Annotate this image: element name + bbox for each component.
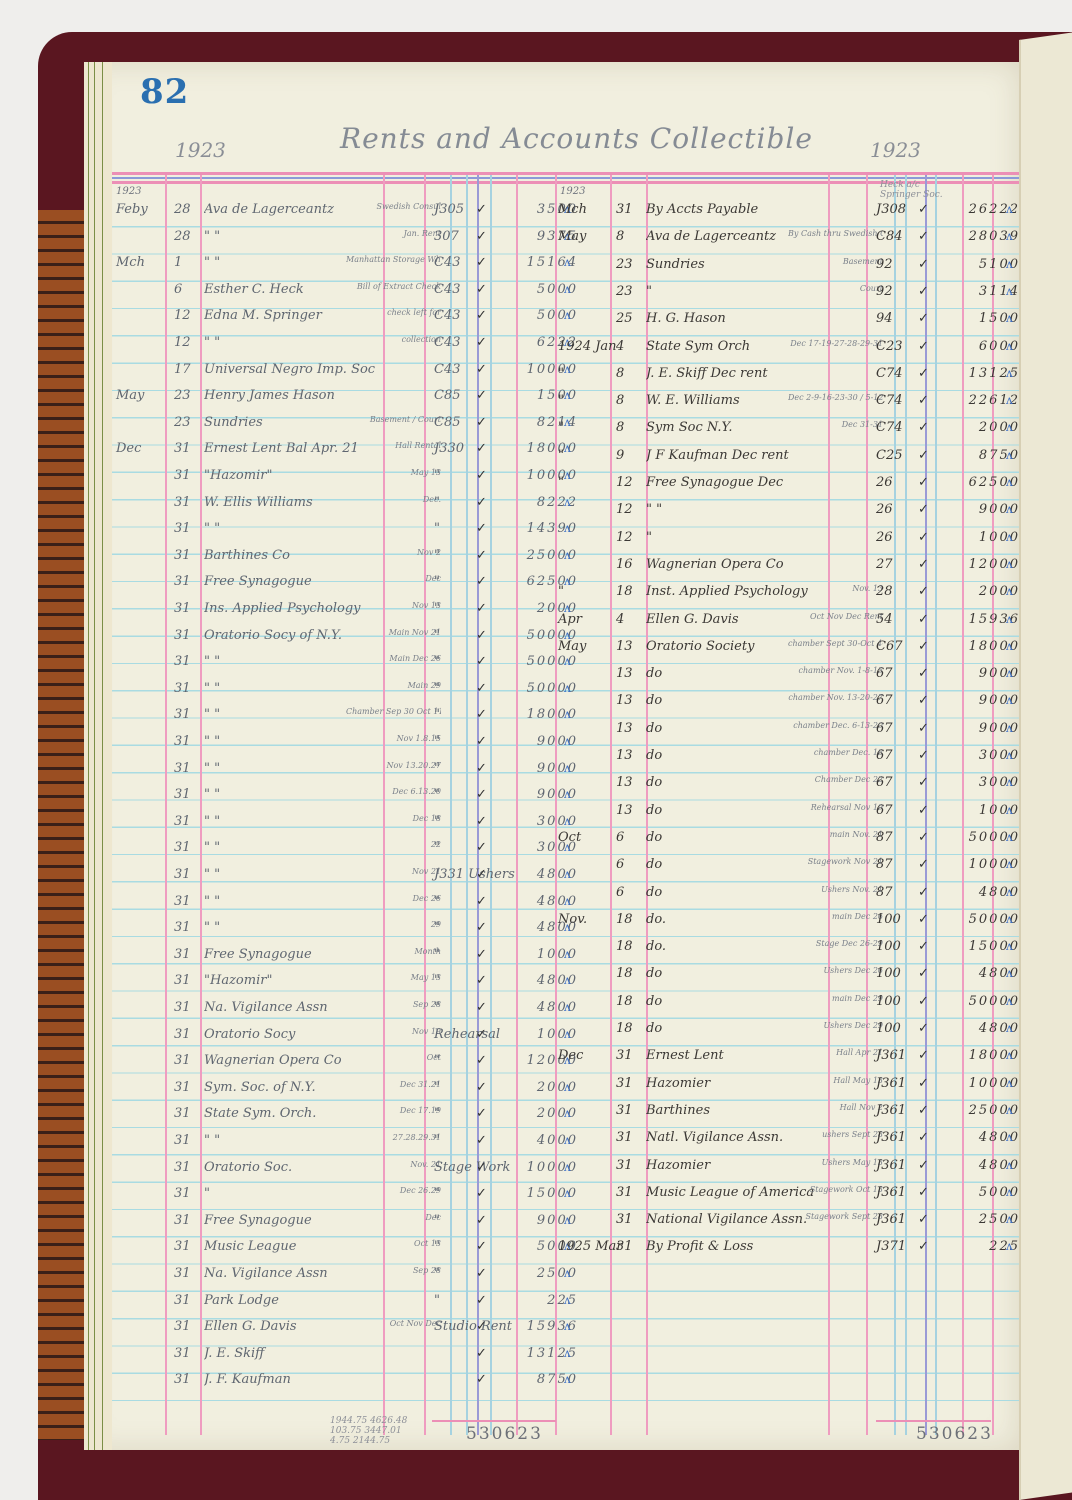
entry-day: 8 (616, 393, 646, 408)
entry-description: Wagnerian Opera Co (646, 557, 876, 572)
entry-month: 1925 Mar (558, 1239, 610, 1254)
check-mark-icon: ✓ (476, 973, 490, 988)
entry-note: Dec 26 (346, 894, 441, 903)
entry-folio-ref: 27 (876, 557, 916, 572)
check-mark-icon: ✓ (476, 654, 490, 669)
check-mark-icon: ✓ (918, 994, 932, 1009)
check-mark-icon: ✓ (918, 912, 932, 927)
entry-note: chamber Sept 30-Oct 4-11-18-25 (788, 639, 883, 648)
entry-day: 31 (174, 867, 204, 882)
check-mark-icon: ✓ (918, 393, 932, 408)
posting-tick-icon: ʌ (564, 1266, 571, 1280)
entry-folio-ref: " (434, 1213, 474, 1228)
check-mark-icon: ✓ (918, 1185, 932, 1200)
check-mark-icon: ✓ (918, 1130, 932, 1145)
pencil-calc-1: 1944.75 4626.48 (330, 1416, 407, 1426)
entry-description: " (646, 530, 876, 545)
ledger-entry: 31J. F. Kaufman8750✓ʌ (116, 1372, 556, 1398)
ledger-entry: 31"Hazomir"May 13"10000✓ʌ (116, 468, 556, 494)
posting-tick-icon: ʌ (1006, 1158, 1013, 1172)
entry-folio-ref: J361 (876, 1130, 916, 1145)
posting-tick-icon: ʌ (1006, 1130, 1013, 1144)
check-mark-icon: ✓ (476, 947, 490, 962)
entry-day: 31 (174, 441, 204, 456)
check-mark-icon: ✓ (476, 1133, 490, 1148)
entry-note: 29 (346, 920, 441, 929)
posting-tick-icon: ʌ (1006, 666, 1013, 680)
ledger-entry: 31"Dec 26.29"15000✓ʌ (116, 1186, 556, 1212)
entry-day: 13 (616, 693, 646, 708)
entry-day: 12 (616, 530, 646, 545)
year-marker-right: 1923 (560, 186, 585, 197)
ledger-entry: 31" "Chamber Sep 30 Oct 11"18000✓ʌ (116, 707, 556, 733)
entry-folio-ref: " (434, 681, 474, 696)
posting-tick-icon: ʌ (1006, 530, 1013, 544)
ledger-entry: 13doChamber Dec 22673000✓ʌ (558, 775, 998, 801)
ledger-entry: 31" "27.28.29.31"4000✓ʌ (116, 1133, 556, 1159)
check-mark-icon: ✓ (476, 1346, 490, 1361)
debit-total: 530623 (466, 1424, 543, 1444)
entry-month: Nov. (558, 912, 610, 927)
check-mark-icon: ✓ (918, 939, 932, 954)
entry-folio-ref: " (434, 1000, 474, 1015)
entry-folio-ref: 87 (876, 830, 916, 845)
check-mark-icon: ✓ (918, 1158, 932, 1173)
ledger-entry: 12"261000✓ʌ (558, 530, 998, 556)
posting-tick-icon: ʌ (1006, 339, 1013, 353)
ledger-entry: Mch31By Accts PayableJ30826222✓ʌ (558, 202, 998, 228)
entry-folio-ref: C85 (434, 415, 474, 430)
check-mark-icon: ✓ (918, 229, 932, 244)
entry-folio-ref: 67 (876, 748, 916, 763)
check-mark-icon: ✓ (918, 339, 932, 354)
entry-note: Main Nov 21 (346, 628, 441, 637)
check-mark-icon: ✓ (476, 229, 490, 244)
entry-note: Rehearsal Nov 19 (788, 803, 883, 812)
ledger-entry: "9J F Kaufman Dec rentC258750✓ʌ (558, 448, 998, 474)
entry-note: Oct Nov Dec Rent (788, 612, 883, 621)
entry-folio-ref: " (434, 1133, 474, 1148)
ledger-entry: 31Oratorio Socy of N.Y.Main Nov 21"50000… (116, 628, 556, 654)
check-mark-icon: ✓ (918, 666, 932, 681)
entry-day: 31 (174, 947, 204, 962)
posting-tick-icon: ʌ (1006, 857, 1013, 871)
entry-day: 8 (616, 229, 646, 244)
posting-tick-icon: ʌ (1006, 1185, 1013, 1199)
check-mark-icon: ✓ (918, 284, 932, 299)
entry-note: Hall Apr 21 (788, 1048, 883, 1057)
pencil-calc-3: 4.75 2144.75 (330, 1436, 390, 1446)
posting-tick-icon: ʌ (1006, 229, 1013, 243)
entry-folio-ref: " (434, 601, 474, 616)
ledger-entry: 31Free SynagogueDec"9000✓ʌ (116, 1213, 556, 1239)
posting-tick-icon: ʌ (1006, 1103, 1013, 1117)
entry-note: Nov. 21 (346, 1160, 441, 1169)
entry-folio-ref: 92 (876, 257, 916, 272)
entry-day: 31 (174, 1239, 204, 1254)
entry-note: chamber Nov. 1-8-15 (788, 666, 883, 675)
entry-day: 31 (616, 1130, 646, 1145)
ledger-entry: May13Oratorio Societychamber Sept 30-Oct… (558, 639, 998, 665)
ledger-entry: 31HazomierUshers May 13J3614800✓ʌ (558, 1158, 998, 1184)
entry-day: 31 (174, 1133, 204, 1148)
entry-description: " " (646, 502, 876, 517)
entry-folio-ref: C43 (434, 255, 474, 270)
entry-month: 1924 Jan (558, 339, 610, 354)
ledger-entry: 31" "Dec 6.13.20"9000✓ʌ (116, 787, 556, 813)
entry-description: J. E. Skiff Dec rent (646, 366, 876, 381)
ledger-entry: 13doRehearsal Nov 19671000✓ʌ (558, 803, 998, 829)
entry-note: Dec 31.21 (346, 1080, 441, 1089)
entry-folio-ref: 100 (876, 966, 916, 981)
entry-folio-ref: " (434, 1266, 474, 1281)
entry-folio-ref: " (434, 707, 474, 722)
entry-day: 6 (616, 857, 646, 872)
entry-folio-ref: J305 (434, 202, 474, 217)
ledger-entry: 12Edna M. Springercheck left forC435000✓… (116, 308, 556, 334)
ledger-entry: 31Barthines CoNov 2"25000✓ʌ (116, 548, 556, 574)
entry-note: Dec 26.29 (346, 1186, 441, 1195)
header-rule (112, 172, 1019, 175)
entry-day: 1 (174, 255, 204, 270)
entry-day: 31 (174, 920, 204, 935)
check-mark-icon: ✓ (918, 1021, 932, 1036)
ledger-entry: 23SundriesBasement925100✓ʌ (558, 257, 998, 283)
entry-day: 31 (174, 1266, 204, 1281)
entry-note: Bill of Extract Check (346, 282, 441, 291)
entry-day: 31 (174, 1053, 204, 1068)
entry-note: Dec 17-19-27-28-29-31 (788, 339, 883, 348)
entry-folio-ref: C43 (434, 282, 474, 297)
entry-day: 31 (616, 1076, 646, 1091)
entry-folio-ref: " (434, 787, 474, 802)
ledger-entry: "12Free Synagogue Dec2662500✓ʌ (558, 475, 998, 501)
entry-day: 6 (174, 282, 204, 297)
entry-folio-ref: C74 (876, 420, 916, 435)
book-spine-edge (38, 210, 88, 1470)
entry-day: 12 (174, 335, 204, 350)
posting-tick-icon: ʌ (1006, 311, 1013, 325)
ledger-entry: Dec31Ernest LentHall Apr 21J36118000✓ʌ (558, 1048, 998, 1074)
entry-note: chamber Dec. 6-13-20 (788, 721, 883, 730)
ledger-entry: 31" "29"4800✓ʌ (116, 920, 556, 946)
entry-folio-ref: " (434, 574, 474, 589)
posting-tick-icon: ʌ (1006, 748, 1013, 762)
entry-note: Stagework Sept 28 (788, 1212, 883, 1221)
entry-folio-ref: C23 (876, 339, 916, 354)
ledger-entry: 31" "Dec 18"3000✓ʌ (116, 814, 556, 840)
ledger-entry: Nov.18do.main Dec 2610050000✓ʌ (558, 912, 998, 938)
entry-day: 31 (616, 1185, 646, 1200)
entry-day: 31 (616, 202, 646, 217)
entry-note: chamber Dec. 18 (788, 748, 883, 757)
posting-tick-icon: ʌ (1006, 885, 1013, 899)
header-year-right: 1923 (870, 138, 921, 162)
check-mark-icon: ✓ (918, 639, 932, 654)
entry-day: 31 (174, 787, 204, 802)
entry-month: May (558, 639, 610, 654)
entry-note: Ushers Dec 29 (788, 1021, 883, 1030)
check-mark-icon: ✓ (476, 495, 490, 510)
posting-tick-icon: ʌ (1006, 1021, 1013, 1035)
year-marker-left: 1923 (116, 186, 141, 197)
entry-note: Basement / Court (346, 415, 441, 424)
check-mark-icon: ✓ (918, 966, 932, 981)
entry-note: Chamber Sep 30 Oct 11 (346, 707, 441, 716)
ledger-entry: 31Wagnerian Opera CoOct"12000✓ʌ (116, 1053, 556, 1079)
entry-month: May (116, 388, 168, 403)
entry-folio-ref: " (434, 1239, 474, 1254)
check-mark-icon: ✓ (476, 814, 490, 829)
entry-folio-ref: " (434, 1293, 474, 1308)
check-mark-icon: ✓ (918, 885, 932, 900)
posting-tick-icon: ʌ (1006, 612, 1013, 626)
entry-note: main Nov. 21 (788, 830, 883, 839)
ledger-entry: 13dochamber Dec. 18673000✓ʌ (558, 748, 998, 774)
entry-day: 18 (616, 966, 646, 981)
entry-day: 31 (174, 1160, 204, 1175)
entry-folio-ref: 87 (876, 857, 916, 872)
check-mark-icon: ✓ (918, 530, 932, 545)
total-rule-left (432, 1420, 556, 1422)
check-mark-icon: ✓ (476, 1213, 490, 1228)
entry-day: 18 (616, 994, 646, 1009)
posting-tick-icon: ʌ (1006, 721, 1013, 735)
entry-folio-ref: C43 (434, 308, 474, 323)
posting-tick-icon: ʌ (564, 1372, 571, 1386)
right-header-note: Heck a/c Springer Soc. (880, 180, 960, 200)
posting-tick-icon: ʌ (1006, 1076, 1013, 1090)
entry-folio-ref: 307 (434, 229, 474, 244)
check-mark-icon: ✓ (918, 202, 932, 217)
ledger-entry: 31" "Dec 26"4800✓ʌ (116, 894, 556, 920)
check-mark-icon: ✓ (918, 1048, 932, 1063)
entry-note: Ushers Nov. 21 (788, 885, 883, 894)
check-mark-icon: ✓ (476, 202, 490, 217)
entry-day: 31 (174, 707, 204, 722)
entry-description: J. E. Skiff (204, 1346, 434, 1361)
entry-day: 31 (616, 1212, 646, 1227)
ledger-entry: 31W. Ellis WilliamsDec."8222✓ʌ (116, 495, 556, 521)
ledger-entry: "8Sym Soc N.Y.Dec 31-31C742000✓ʌ (558, 420, 998, 446)
ledger-entry: 1924 Jan4State Sym OrchDec 17-19-27-28-2… (558, 339, 998, 365)
entry-day: 31 (174, 1080, 204, 1095)
ledger-entry: 28" "Jan. Rent3079375✓ʌ (116, 229, 556, 255)
ledger-entry: 31Na. Vigilance AssnSep 28"2500✓ʌ (116, 1266, 556, 1292)
ledger-entry: Feby28Ava de LagerceantzSwedish ConsulJ3… (116, 202, 556, 228)
entry-day: 31 (174, 894, 204, 909)
posting-tick-icon: ʌ (1006, 1212, 1013, 1226)
entry-day: 31 (616, 1158, 646, 1173)
entry-note: collection (346, 335, 441, 344)
page-number: 82 (140, 72, 189, 112)
check-mark-icon: ✓ (476, 681, 490, 696)
ledger-entry: 31Ins. Applied PsychologyNov 13"2000✓ʌ (116, 601, 556, 627)
ledger-entry: 6Esther C. HeckBill of Extract CheckC435… (116, 282, 556, 308)
check-mark-icon: ✓ (918, 721, 932, 736)
total-rule-right (876, 1420, 991, 1422)
entry-day: 16 (616, 557, 646, 572)
check-mark-icon: ✓ (476, 1106, 490, 1121)
entry-folio-ref: C74 (876, 393, 916, 408)
ledger-entry: 31J. E. Skiff13125✓ʌ (116, 1346, 556, 1372)
ledger-entry: 31HazomierHall May 13J36110000✓ʌ (558, 1076, 998, 1102)
entry-folio-ref: 100 (876, 912, 916, 927)
ledger-entry: Apr4Ellen G. DavisOct Nov Dec Rent541593… (558, 612, 998, 638)
entry-day: 31 (174, 548, 204, 563)
entry-folio-ref: J361 (876, 1048, 916, 1063)
entry-month: Mch (558, 202, 610, 217)
entry-note: Dec (346, 1213, 441, 1222)
posting-tick-icon: ʌ (1006, 912, 1013, 926)
entry-note: Dec. (346, 495, 441, 504)
ledger-entry: "18Inst. Applied PsychologyNov. 13282000… (558, 584, 998, 610)
entry-day: 31 (174, 1213, 204, 1228)
check-mark-icon: ✓ (476, 1266, 490, 1281)
check-mark-icon: ✓ (918, 857, 932, 872)
check-mark-icon: ✓ (918, 612, 932, 627)
entry-month: " (558, 448, 610, 463)
posting-tick-icon: ʌ (564, 1293, 571, 1307)
ledger-entry: 31" "Main Dec 26"50000✓ʌ (116, 654, 556, 680)
entry-note: Court (788, 284, 883, 293)
ledger-entry: 31" "Nov 1.8.15"9000✓ʌ (116, 734, 556, 760)
ledger-entry: 31Free SynagogueMonth"1000✓ʌ (116, 947, 556, 973)
entry-day: 25 (616, 311, 646, 326)
entry-day: 31 (174, 973, 204, 988)
posting-tick-icon: ʌ (1006, 366, 1013, 380)
entry-day: 31 (174, 521, 204, 536)
posting-tick-icon: ʌ (1006, 502, 1013, 516)
check-mark-icon: ✓ (476, 920, 490, 935)
ledger-entry: 18domain Dec 2910050000✓ʌ (558, 994, 998, 1020)
entry-note: Nov 2 (346, 548, 441, 557)
entry-folio-ref: " (434, 548, 474, 563)
entry-description: J F Kaufman Dec rent (646, 448, 876, 463)
entry-note: Swedish Consul (346, 202, 441, 211)
posting-tick-icon: ʌ (1006, 994, 1013, 1008)
entry-note: 27.28.29.31 (346, 1133, 441, 1142)
entry-folio-ref: " (434, 814, 474, 829)
check-mark-icon: ✓ (476, 282, 490, 297)
entry-folio-ref: 67 (876, 721, 916, 736)
ledger-entry: 23SundriesBasement / CourtC858214✓ʌ (116, 415, 556, 441)
check-mark-icon: ✓ (918, 693, 932, 708)
entry-day: 8 (616, 420, 646, 435)
posting-tick-icon: ʌ (1006, 803, 1013, 817)
posting-tick-icon: ʌ (1006, 448, 1013, 462)
ledger-entry: 13dochamber Nov. 13-20-27679000✓ʌ (558, 693, 998, 719)
entry-folio-ref: Rehearsal (434, 1027, 474, 1042)
check-mark-icon: ✓ (476, 362, 490, 377)
ledger-entry: Mch1" "Manhattan Storage Wh CoC4315164✓ʌ (116, 255, 556, 281)
ledger-entry: 13dochamber Dec. 6-13-20679000✓ʌ (558, 721, 998, 747)
entry-note: Stagework Nov 21 (788, 857, 883, 866)
entry-month: " (558, 420, 610, 435)
entry-day: 23 (616, 284, 646, 299)
check-mark-icon: ✓ (918, 448, 932, 463)
check-mark-icon: ✓ (918, 803, 932, 818)
ledger-entry: 31Na. Vigilance AssnSep 28"4800✓ʌ (116, 1000, 556, 1026)
header-year-left: 1923 (175, 138, 226, 162)
entry-note: Hall Rental (346, 441, 441, 450)
entry-day: 4 (616, 339, 646, 354)
ledger-entry: 31"Hazomir"May 13"4800✓ʌ (116, 973, 556, 999)
ledger-entry: 1925 Mar31By Profit & LossJ371225✓ʌ (558, 1239, 998, 1265)
check-mark-icon: ✓ (476, 734, 490, 749)
entry-folio-ref: " (434, 654, 474, 669)
entry-day: 31 (174, 1000, 204, 1015)
entry-day: 31 (174, 840, 204, 855)
ledger-entry: 31" "Nov 21J331 Ushers4800✓ʌ (116, 867, 556, 893)
ledger-entry: 12" "269000✓ʌ (558, 502, 998, 528)
entry-note: 22 (346, 840, 441, 849)
entry-day: 18 (616, 939, 646, 954)
entry-folio-ref: J361 (876, 1158, 916, 1173)
entry-note: Main Dec 26 (346, 654, 441, 663)
check-mark-icon: ✓ (476, 894, 490, 909)
entry-day: 31 (174, 1106, 204, 1121)
check-mark-icon: ✓ (476, 1186, 490, 1201)
entry-month: " (558, 393, 610, 408)
entry-day: 12 (616, 502, 646, 517)
entry-day: 31 (174, 574, 204, 589)
entry-day: 13 (616, 748, 646, 763)
entry-day: 18 (616, 584, 646, 599)
check-mark-icon: ✓ (476, 548, 490, 563)
posting-tick-icon: ʌ (1006, 639, 1013, 653)
ledger-entry: 25H. G. Hason941500✓ʌ (558, 311, 998, 337)
entry-note: Sep 28 (346, 1000, 441, 1009)
entry-day: 13 (616, 721, 646, 736)
entry-folio-ref: J361 (876, 1076, 916, 1091)
entry-folio-ref: C43 (434, 362, 474, 377)
entry-note: Nov 13 (346, 601, 441, 610)
check-mark-icon: ✓ (918, 775, 932, 790)
posting-tick-icon: ʌ (1006, 775, 1013, 789)
entry-folio-ref: " (434, 1186, 474, 1201)
ledger-entry: 31BarthinesHall Nov 2J36125000✓ʌ (558, 1103, 998, 1129)
ledger-entry: 31State Sym. Orch.Dec 17.19"2000✓ʌ (116, 1106, 556, 1132)
entry-folio-ref: " (434, 973, 474, 988)
check-mark-icon: ✓ (476, 441, 490, 456)
entry-folio-ref: 26 (876, 502, 916, 517)
ledger-entry: 31Free SynagogueDec"62500✓ʌ (116, 574, 556, 600)
check-mark-icon: ✓ (476, 1293, 490, 1308)
entry-note: May 13 (346, 468, 441, 477)
entry-note: main Dec 26 (788, 912, 883, 921)
entry-day: 28 (174, 202, 204, 217)
entry-folio-ref: J361 (876, 1103, 916, 1118)
entry-day: 12 (174, 308, 204, 323)
ledger-entry: 31Natl. Vigilance Assn.ushers Sept 28J36… (558, 1130, 998, 1156)
ledger-entry: May8Ava de LagerceantzBy Cash thru Swedi… (558, 229, 998, 255)
check-mark-icon: ✓ (476, 867, 490, 882)
entry-day: 31 (174, 814, 204, 829)
check-mark-icon: ✓ (476, 415, 490, 430)
entry-folio-ref: Stage Work (434, 1160, 474, 1175)
entry-month: Oct (558, 830, 610, 845)
entry-description: Universal Negro Imp. Soc (204, 362, 434, 377)
check-mark-icon: ✓ (918, 475, 932, 490)
entry-day: 4 (616, 612, 646, 627)
entry-description: Henry James Hason (204, 388, 434, 403)
posting-tick-icon: ʌ (1006, 202, 1013, 216)
entry-day: 31 (174, 761, 204, 776)
entry-day: 23 (616, 257, 646, 272)
entry-day: 31 (174, 654, 204, 669)
ledger-entry: 23"Court923114✓ʌ (558, 284, 998, 310)
